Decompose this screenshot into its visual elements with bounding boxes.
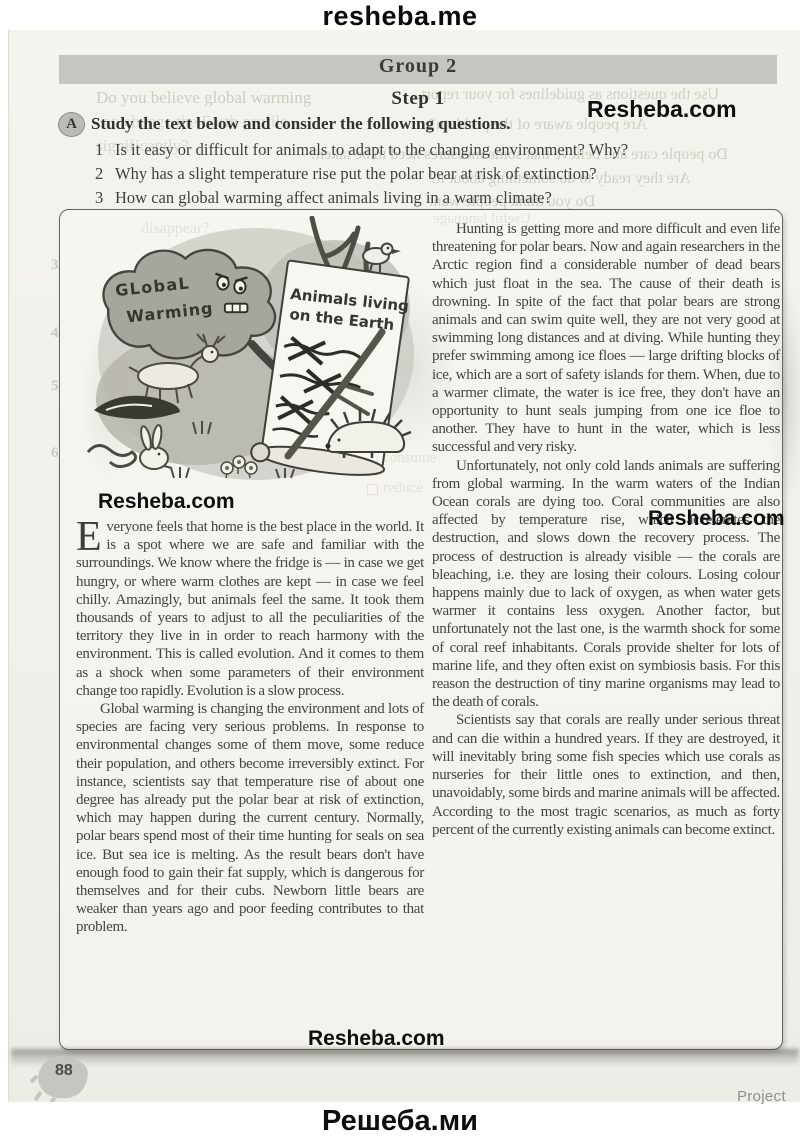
paragraph-text: veryone feels that home is the best plac… (76, 519, 424, 699)
paragraph: Scientists say that corals are really un… (432, 711, 780, 838)
task-instruction: Study the text below and consider the fo… (91, 114, 651, 134)
question-item: 2Why has a slight temperature rise put t… (95, 164, 755, 184)
question-number: 1 (95, 140, 115, 160)
ghost-number: 6 (51, 445, 59, 462)
scanned-page: Do you believe global warming can change… (8, 30, 800, 1102)
paragraph-text: Global warming is changing the environme… (76, 701, 424, 935)
illustration-svg: GLobaL Warming (76, 216, 424, 488)
task-badge: A (58, 112, 85, 137)
illustration-watermark: Resheba.com (98, 490, 424, 514)
project-label: Project (737, 1088, 786, 1105)
ghost-number: 3 (51, 257, 59, 274)
paragraph: Global warming is changing the environme… (76, 700, 424, 937)
question-number: 3 (95, 188, 115, 208)
panel-shadow (11, 1049, 799, 1067)
ghost-number: 5 (51, 378, 59, 395)
question-text: Is it easy or difficult for animals to a… (115, 140, 628, 159)
question-number: 2 (95, 164, 115, 184)
page-number-area: 88 (29, 1054, 99, 1102)
paragraph: Everyone feels that home is the best pla… (76, 518, 424, 700)
panel-bottom-watermark: Resheba.com (308, 1027, 445, 1051)
drop-cap: E (76, 520, 101, 554)
paragraph-text: Unfortunately, not only cold lands anima… (432, 458, 780, 711)
article-panel: GLobaL Warming (59, 209, 783, 1050)
paragraph: Unfortunately, not only cold lands anima… (432, 457, 780, 712)
top-site-watermark: resheba.me (0, 1, 800, 32)
bottom-site-watermark: Решеба.ми (0, 1105, 800, 1138)
group-header-bar: Group 2 (59, 55, 777, 84)
group-title: Group 2 (59, 55, 777, 78)
paragraph: Hunting is getting more and more difficu… (432, 220, 780, 457)
question-text: Why has a slight temperature rise put th… (115, 164, 597, 183)
paragraph-text: Hunting is getting more and more difficu… (432, 221, 780, 455)
question-item: 3How can global warming affect animals l… (95, 188, 755, 208)
ghost-number: 4 (51, 325, 59, 342)
question-item: 1Is it easy or difficult for animals to … (95, 140, 755, 160)
snake-icon (88, 445, 136, 466)
illustration: GLobaL Warming (76, 216, 424, 488)
inline-watermark: Resheba.com (648, 507, 785, 531)
left-column: GLobaL Warming (76, 216, 424, 937)
page-number: 88 (55, 1062, 73, 1080)
question-text: How can global warming affect animals li… (115, 188, 552, 207)
paragraph-text: Scientists say that corals are really un… (432, 712, 780, 837)
